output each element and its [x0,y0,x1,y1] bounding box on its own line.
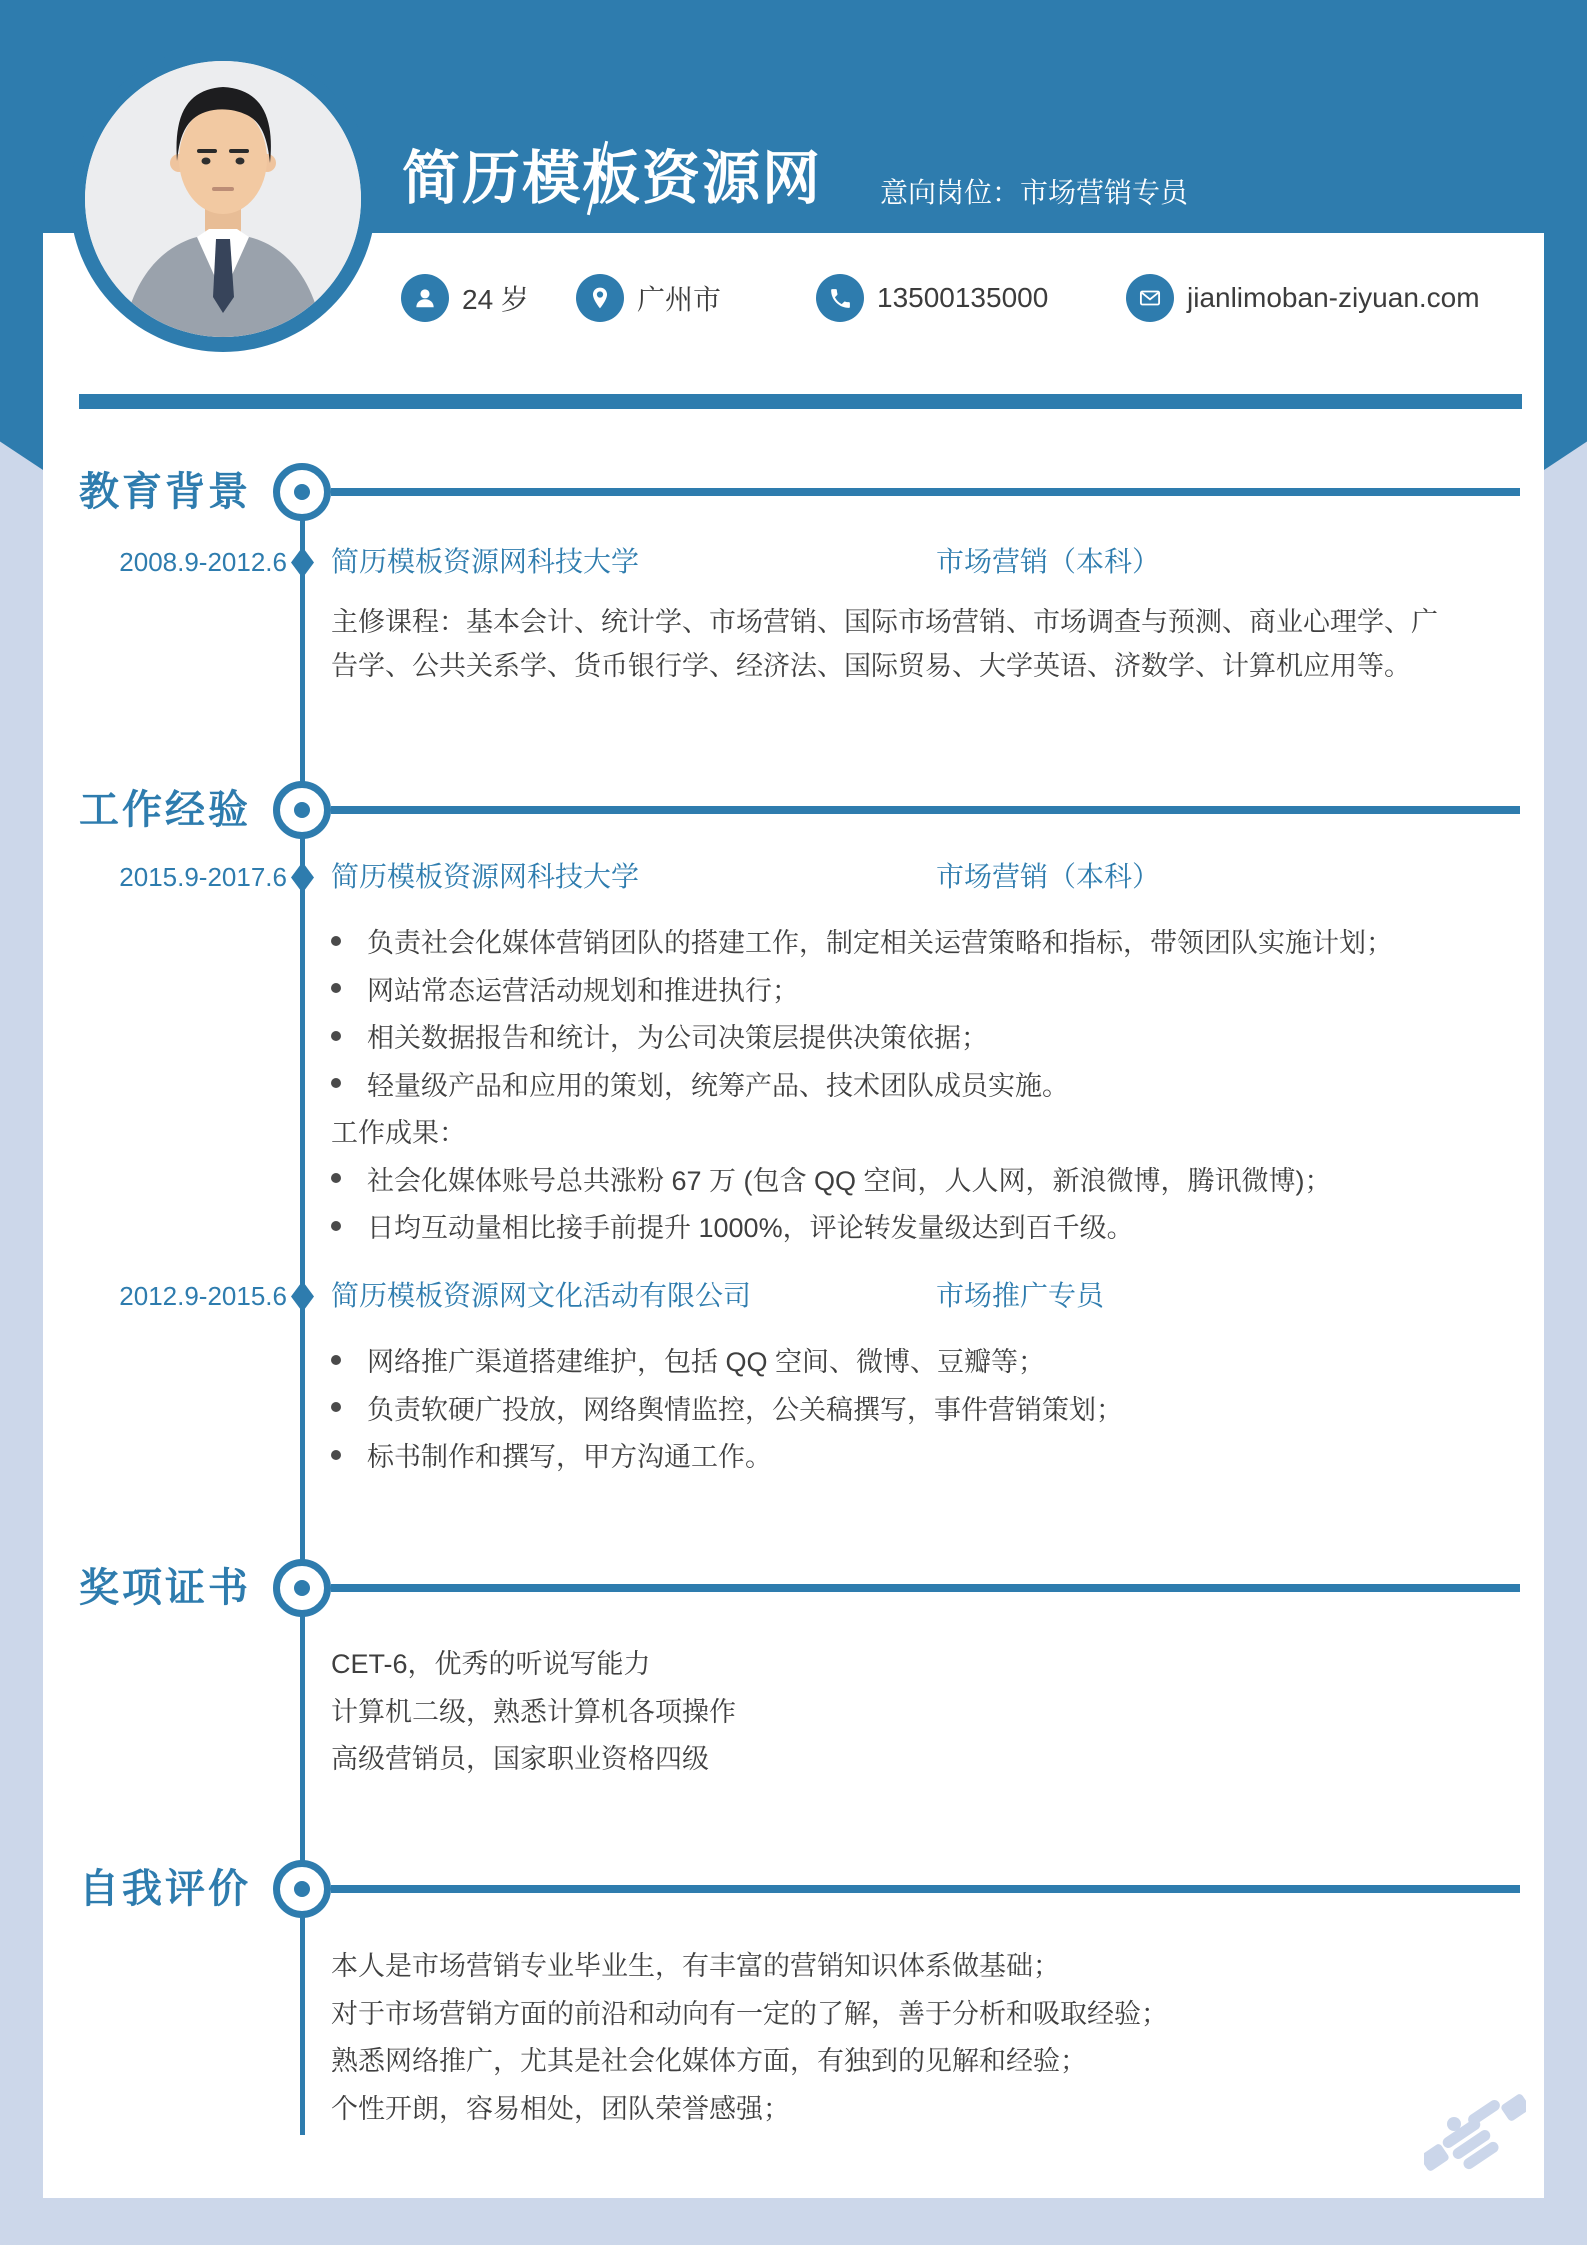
list-item: 日均互动量相比接手前提升 1000%，评论转发量级达到百千级。 [331,1202,1393,1250]
list-item-text: 高级营销员，国家职业资格四级 [331,1737,709,1776]
list-item: 社会化媒体账号总共涨粉 67 万 (包含 QQ 空间，人人网，新浪微博，腾讯微博… [331,1155,1393,1203]
header-divider-bar [79,394,1522,409]
avatar [70,46,376,352]
contact-age: 24 岁 [401,274,529,322]
work1-duty-list: 负责社会化媒体营销团队的搭建工作，制定相关运营策略和指标，带领团队实施计划； 网… [331,917,1393,1250]
list-item-text: 熟悉网络推广，尤其是社会化媒体方面，有独到的见解和经验； [331,2039,1087,2078]
age-value: 24 岁 [462,278,529,318]
diamond-marker [291,862,314,893]
work1-company: 简历模板资源网科技大学 [331,862,639,892]
list-item-text: 相关数据报告和统计，为公司决策层提供决策依据； [367,1016,988,1055]
list-item: 熟悉网络推广，尤其是社会化媒体方面，有独到的见解和经验； [331,2035,1168,2083]
bullet-dot-icon [331,983,341,993]
section-title-work: 工作经验 [79,790,251,830]
section-line-education [331,488,1520,496]
bullet-dot-icon [331,1173,341,1183]
section-title-awards: 奖项证书 [79,1568,251,1608]
location-icon [576,274,624,322]
education-courses: 主修课程：基本会计、统计学、市场营销、国际市场营销、市场调查与预测、商业心理学、… [331,600,1456,688]
avatar-photo [85,61,361,337]
resume-page: 简历模板资源网 意向岗位：市场营销专员 [0,0,1587,2245]
list-item: CET-6，优秀的听说写能力 [331,1638,736,1686]
list-item-text: 工作成果： [331,1111,466,1150]
list-item-text: 网络推广渠道搭建维护，包括 QQ 空间、微博、豆瓣等； [367,1340,1045,1379]
person-icon [401,274,449,322]
work1-position: 市场营销（本科） [936,862,1160,892]
work2-position: 市场推广专员 [936,1281,1104,1311]
list-item-text: 负责社会化媒体营销团队的搭建工作，制定相关运营策略和指标，带领团队实施计划； [367,921,1393,960]
bottom-frame-strip [0,2198,1587,2245]
bullet-dot-icon [331,1031,341,1041]
list-item: 个性开朗，容易相处，团队荣誉感强； [331,2083,1168,2131]
list-item: 对于市场营销方面的前沿和动向有一定的了解，善于分析和吸取经验； [331,1988,1168,2036]
contact-phone: 13500135000 [816,274,1048,322]
right-header-wedge [1544,233,1587,470]
contact-city: 广州市 [576,274,721,322]
list-item: 本人是市场营销专业毕业生，有丰富的营销知识体系做基础； [331,1940,1168,1988]
bullet-dot-icon [331,936,341,946]
bullseye-icon-awards [273,1559,331,1617]
selfeval-list: 本人是市场营销专业毕业生，有丰富的营销知识体系做基础； 对于市场营销方面的前沿和… [331,1940,1168,2130]
bullseye-icon-selfeval [273,1860,331,1918]
section-line-awards [331,1584,1520,1592]
section-title-education: 教育背景 [79,472,251,512]
list-item-text: 社会化媒体账号总共涨粉 67 万 (包含 QQ 空间，人人网，新浪微博，腾讯微博… [367,1159,1332,1198]
bullet-dot-icon [331,1078,341,1088]
city-value: 广州市 [637,278,721,318]
list-item-text: 个性开朗，容易相处，团队荣誉感强； [331,2087,790,2126]
bullseye-icon-education [273,463,331,521]
section-line-work [331,806,1520,814]
work2-duty-list: 网络推广渠道搭建维护，包括 QQ 空间、微博、豆瓣等； 负责软硬广投放，网络舆情… [331,1336,1123,1479]
left-frame-strip [0,233,43,2245]
awards-list: CET-6，优秀的听说写能力 计算机二级，熟悉计算机各项操作 高级营销员，国家职… [331,1638,736,1781]
list-item: 网络推广渠道搭建维护，包括 QQ 空间、微博、豆瓣等； [331,1336,1123,1384]
list-item: 标书制作和撰写，甲方沟通工作。 [331,1431,1123,1479]
phone-value: 13500135000 [877,282,1048,314]
portrait-illustration [85,61,361,337]
email-value: jianlimoban-ziyuan.com [1187,282,1480,314]
diamond-marker [291,547,314,578]
list-item-text: 负责软硬广投放，网络舆情监控，公关稿撰写，事件营销策划； [367,1388,1123,1427]
bullet-dot-icon [331,1402,341,1412]
list-item-text: 日均互动量相比接手前提升 1000%，评论转发量级达到百千级。 [367,1206,1134,1245]
list-item: 轻量级产品和应用的策划，统筹产品、技术团队成员实施。 [331,1060,1393,1108]
list-item-text: 网站常态运营活动规划和推进执行； [367,969,799,1008]
work2-date: 2012.9-2015.6 [59,1281,287,1311]
work1-date: 2015.9-2017.6 [59,862,287,892]
list-item: 高级营销员，国家职业资格四级 [331,1733,736,1781]
list-item-text: 计算机二级，熟悉计算机各项操作 [331,1690,736,1729]
phone-icon [816,274,864,322]
work2-company: 简历模板资源网文化活动有限公司 [331,1281,751,1311]
intent-position: 意向岗位：市场营销专员 [880,178,1188,208]
list-item: 计算机二级，熟悉计算机各项操作 [331,1686,736,1734]
handshake-watermark-icon [1424,2090,1526,2176]
section-line-selfeval [331,1885,1520,1893]
bullet-dot-icon [331,1221,341,1231]
education-date: 2008.9-2012.6 [59,547,287,577]
list-item-text: 标书制作和撰写，甲方沟通工作。 [367,1435,772,1474]
bullet-dot-icon [331,1355,341,1365]
email-icon [1126,274,1174,322]
candidate-name: 简历模板资源网 [402,150,822,208]
education-school: 简历模板资源网科技大学 [331,547,639,577]
diamond-marker [291,1281,314,1312]
section-title-selfeval: 自我评价 [79,1869,251,1909]
bullseye-icon-work [273,781,331,839]
list-item-text: 轻量级产品和应用的策划，统筹产品、技术团队成员实施。 [367,1064,1069,1103]
work-results-label: 工作成果： [331,1107,1393,1155]
list-item: 负责软硬广投放，网络舆情监控，公关稿撰写，事件营销策划； [331,1384,1123,1432]
list-item: 相关数据报告和统计，为公司决策层提供决策依据； [331,1012,1393,1060]
list-item-text: 本人是市场营销专业毕业生，有丰富的营销知识体系做基础； [331,1944,1060,1983]
bullet-dot-icon [331,1450,341,1460]
list-item: 网站常态运营活动规划和推进执行； [331,965,1393,1013]
list-item-text: CET-6，优秀的听说写能力 [331,1642,651,1681]
list-item-text: 对于市场营销方面的前沿和动向有一定的了解，善于分析和吸取经验； [331,1992,1168,2031]
contact-email: jianlimoban-ziyuan.com [1126,274,1480,322]
left-header-wedge [0,233,43,470]
list-item: 负责社会化媒体营销团队的搭建工作，制定相关运营策略和指标，带领团队实施计划； [331,917,1393,965]
right-frame-strip [1544,233,1587,2245]
education-major: 市场营销（本科） [936,547,1160,577]
